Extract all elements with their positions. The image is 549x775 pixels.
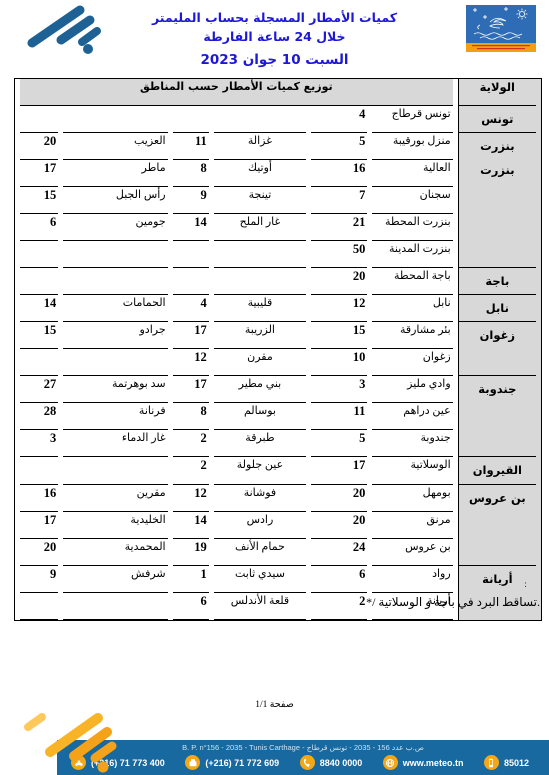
contact-website: www.meteo.tn: [383, 755, 464, 770]
empty-cell: [20, 241, 58, 268]
rainfall-value-cell: 14: [173, 512, 209, 539]
hail-note: */ تساقط البرد في باجة و الوسلاتية.: [366, 595, 540, 610]
station-name-cell: أوتيك: [214, 160, 306, 187]
station-name-cell: منزل بورقيبة: [372, 133, 452, 160]
station-name-cell: باجة المحطة: [372, 268, 452, 295]
station-name-cell: المحمدية: [63, 539, 167, 566]
station-name-cell: بني مطير: [214, 376, 306, 403]
rainfall-value-cell: 17: [173, 322, 209, 349]
station-name-cell: بئر مشارقة: [372, 322, 452, 349]
orange-streaks-icon: [10, 710, 130, 775]
rainfall-value-cell: 17: [173, 376, 209, 403]
rainfall-value-cell: 6: [20, 214, 58, 241]
rainfall-value-cell: 5: [311, 133, 367, 160]
empty-cell: [63, 268, 167, 295]
governorate-cell: القيروان: [458, 457, 536, 484]
table-row: أريانة رواد 6 سيدي ثابت 1 شرفش 9: [20, 566, 536, 593]
empty-cell: [173, 241, 209, 268]
rainfall-value-cell: 12: [311, 295, 367, 322]
station-name-cell: غار الملح: [214, 214, 306, 241]
rainfall-value-cell: 21: [311, 214, 367, 241]
rainfall-value-cell: 3: [20, 430, 58, 457]
station-name-cell: قليبية: [214, 295, 306, 322]
rainfall-value-cell: 5: [311, 430, 367, 457]
table-header-row: الولاية توزيع كميات الأمطار حسب المناطق: [20, 79, 536, 106]
station-name-cell: الزريبة: [214, 322, 306, 349]
station-name-cell: الحمامات: [63, 295, 167, 322]
rainfall-value-cell: 14: [173, 214, 209, 241]
empty-cell: [214, 106, 306, 133]
contact-sms-text: 85012: [504, 758, 529, 768]
station-name-cell: العالية: [372, 160, 452, 187]
rainfall-report-page: كميات الأمطار المسجلة بحساب المليمتر خلا…: [0, 0, 549, 775]
station-name-cell: الوسلاتية: [372, 457, 452, 484]
report-date: السبت 10 جوان 2023: [0, 52, 549, 68]
rainfall-value-cell: 17: [20, 160, 58, 187]
station-name-cell: طبرقة: [214, 430, 306, 457]
station-name-cell: مرنق: [372, 512, 452, 539]
rain-streaks-icon: [18, 4, 103, 56]
rainfall-value-cell: 24: [311, 539, 367, 566]
contact-fax: (+216) 71 772 609: [185, 755, 279, 770]
station-name-cell: بن عروس: [372, 539, 452, 566]
station-name-cell: سجنان: [372, 187, 452, 214]
governorate-cell: جندوبة: [458, 376, 536, 457]
rainfall-value-cell: 2: [311, 593, 367, 620]
rainfall-value-cell: 12: [173, 349, 209, 376]
rainfall-value-cell: 11: [173, 133, 209, 160]
governorate-cell: زغوان: [458, 322, 536, 376]
station-name-cell: سيدي ثابت: [214, 566, 306, 593]
contact-sms: 85012: [484, 755, 529, 770]
station-name-cell: جومين: [63, 214, 167, 241]
rainfall-value-cell: 20: [20, 539, 58, 566]
report-title-line1: كميات الأمطار المسجلة بحساب المليمتر: [120, 9, 429, 28]
empty-cell: [63, 457, 167, 484]
distribution-header: توزيع كميات الأمطار حسب المناطق: [20, 79, 453, 106]
station-name-cell: بنزرت المحطة: [372, 214, 452, 241]
contact-website-text: www.meteo.tn: [403, 758, 464, 768]
stray-mark: :: [524, 580, 527, 590]
station-name-cell: رأس الجبل: [63, 187, 167, 214]
report-title-line2: خلال 24 ساعة الفارطة: [120, 28, 429, 47]
rainfall-value-cell: 27: [20, 376, 58, 403]
report-title: كميات الأمطار المسجلة بحساب المليمتر خلا…: [120, 9, 429, 47]
station-name-cell: مقرن: [214, 349, 306, 376]
rainfall-value-cell: 28: [20, 403, 58, 430]
empty-cell: [173, 268, 209, 295]
empty-cell: [63, 349, 167, 376]
rainfall-value-cell: 20: [311, 485, 367, 512]
governorate-cell: تونس: [458, 106, 536, 133]
station-name-cell: فرنانة: [63, 403, 167, 430]
rainfall-value-cell: 10: [311, 349, 367, 376]
rainfall-value-cell: 17: [20, 512, 58, 539]
fax-icon: [185, 755, 200, 770]
table-row: باجة باجة المحطة 20: [20, 268, 536, 295]
empty-cell: [63, 241, 167, 268]
table-row: القيروان الوسلاتية 17 عين جلولة 2: [20, 457, 536, 484]
empty-cell: [214, 241, 306, 268]
website-icon: [383, 755, 398, 770]
governorate-header: الولاية: [458, 79, 536, 106]
station-name-cell: بومهل: [372, 485, 452, 512]
rainfall-value-cell: 16: [20, 485, 58, 512]
rainfall-value-cell: 3: [311, 376, 367, 403]
station-name-cell: تينجة: [214, 187, 306, 214]
rainfall-value-cell: 4: [311, 106, 367, 133]
empty-cell: [20, 457, 58, 484]
call-center-icon: [300, 755, 315, 770]
station-name-cell: سد بوهرتمة: [63, 376, 167, 403]
rainfall-value-cell: 8: [173, 160, 209, 187]
rainfall-value-cell: 16: [311, 160, 367, 187]
weather-emblem-icon: [466, 5, 536, 52]
station-name-cell: تونس قرطاج: [372, 106, 452, 133]
empty-cell: [63, 593, 167, 620]
rainfall-value-cell: 9: [20, 566, 58, 593]
station-name-cell: بوسالم: [214, 403, 306, 430]
rainfall-value-cell: 7: [311, 187, 367, 214]
contact-call-center: 8840 0000: [300, 755, 363, 770]
station-name-cell: جرادو: [63, 322, 167, 349]
rainfall-value-cell: 19: [173, 539, 209, 566]
table-row: بنزرت بنزرت منزل بورقيبة 5 غزالة 11 العز…: [20, 133, 536, 160]
station-name-cell: غار الدماء: [63, 430, 167, 457]
rainfall-value-cell: 14: [20, 295, 58, 322]
governorate-cell: نابل: [458, 295, 536, 322]
station-name-cell: جندوبة: [372, 430, 452, 457]
rainfall-table: الولاية توزيع كميات الأمطار حسب المناطق …: [14, 78, 542, 621]
station-name-cell: مقرين: [63, 485, 167, 512]
rainfall-value-cell: 4: [173, 295, 209, 322]
rainfall-value-cell: 20: [311, 268, 367, 295]
rainfall-value-cell: 20: [311, 512, 367, 539]
table-row: بن عروس بومهل 20 فوشانة 12 مقرين 16: [20, 485, 536, 512]
rainfall-value-cell: 6: [173, 593, 209, 620]
rainfall-value-cell: 20: [20, 133, 58, 160]
empty-cell: [20, 268, 58, 295]
rainfall-value-cell: 17: [311, 457, 367, 484]
empty-cell: [173, 106, 209, 133]
station-name-cell: قلعة الأندلس: [214, 593, 306, 620]
table-row: تونس تونس قرطاج 4: [20, 106, 536, 133]
rainfall-value-cell: 2: [173, 430, 209, 457]
station-name-cell: شرفش: [63, 566, 167, 593]
rainfall-value-cell: 15: [20, 187, 58, 214]
empty-cell: [214, 268, 306, 295]
inm-emblem-logo: [466, 5, 536, 56]
governorate-cell: بن عروس: [458, 485, 536, 566]
station-name-cell: وادي مليز: [372, 376, 452, 403]
station-name-cell: نابل: [372, 295, 452, 322]
rainfall-value-cell: 2: [173, 457, 209, 484]
station-name-cell: رادس: [214, 512, 306, 539]
station-name-cell: ماطر: [63, 160, 167, 187]
table-row: نابل نابل 12 قليبية 4 الحمامات 14: [20, 295, 536, 322]
contact-fax-text: (+216) 71 772 609: [205, 758, 279, 768]
governorate-cell: باجة: [458, 268, 536, 295]
rainfall-value-cell: 8: [173, 403, 209, 430]
station-name-cell: حمام الأنف: [214, 539, 306, 566]
rainfall-value-cell: 15: [311, 322, 367, 349]
rainfall-value-cell: 12: [173, 485, 209, 512]
page-number: صفحة 1/1: [0, 699, 549, 710]
empty-cell: [63, 106, 167, 133]
station-name-cell: رواد: [372, 566, 452, 593]
station-name-cell: غزالة: [214, 133, 306, 160]
station-name-cell: عين دراهم: [372, 403, 452, 430]
table-row: زغوان بئر مشارقة 15 الزريبة 17 جرادو 15: [20, 322, 536, 349]
rainfall-value-cell: 9: [173, 187, 209, 214]
governorate-cell: أريانة: [458, 566, 536, 620]
empty-cell: [20, 349, 58, 376]
footer-stripes: [10, 710, 130, 775]
rainfall-value-cell: 15: [20, 322, 58, 349]
footer-contacts: (+216) 71 773 400 (+216) 71 772 609 8840…: [57, 752, 549, 770]
footer-address: B. P. n°156 - 2035 - Tunis Carthage - ص.…: [57, 743, 549, 752]
empty-cell: [20, 106, 58, 133]
rainfall-value-cell: 11: [311, 403, 367, 430]
station-name-cell: بنزرت المدينة: [372, 241, 452, 268]
contact-call-center-text: 8840 0000: [320, 758, 363, 768]
station-name-cell: زغوان: [372, 349, 452, 376]
footer-bar: B. P. n°156 - 2035 - Tunis Carthage - ص.…: [57, 740, 549, 775]
sms-icon: [484, 755, 499, 770]
empty-cell: [20, 593, 58, 620]
rainfall-value-cell: 6: [311, 566, 367, 593]
station-name-cell: الخليدية: [63, 512, 167, 539]
rainfall-value-cell: 50: [311, 241, 367, 268]
station-name-cell: عين جلولة: [214, 457, 306, 484]
rainfall-value-cell: 1: [173, 566, 209, 593]
station-name-cell: فوشانة: [214, 485, 306, 512]
governorate-cell: بنزرت بنزرت: [458, 133, 536, 268]
station-name-cell: العزيب: [63, 133, 167, 160]
table-row: جندوبة وادي مليز 3 بني مطير 17 سد بوهرتم…: [20, 376, 536, 403]
